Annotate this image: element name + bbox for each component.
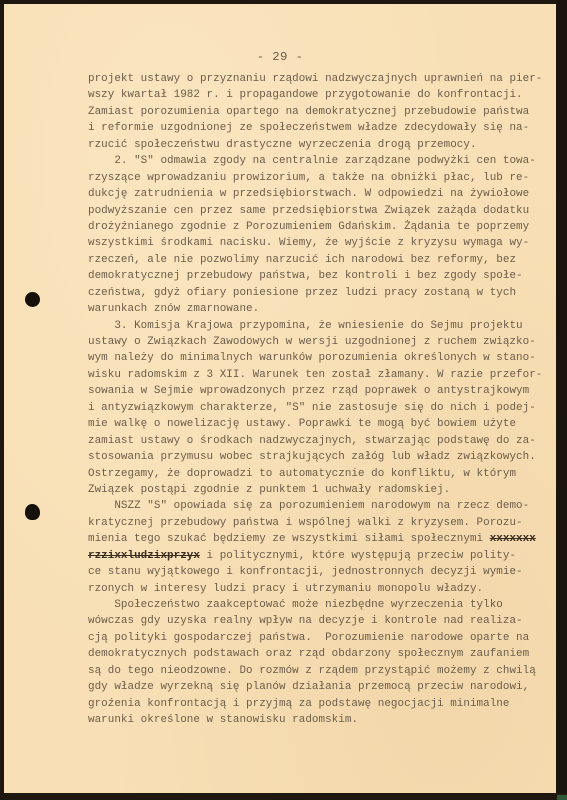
text-line: demokratycznej przebudowy państwa, bez k… [88,268,528,284]
text-line: czeństwa, gdyż ofiary poniesione przez l… [88,285,528,301]
text-fragment: mienia tego szukać będziemy ze wszystkim… [88,533,490,545]
text-line: dukcję zatrudnienia w przedsiębiorstwach… [88,186,528,202]
text-fragment: i politycznymi, które występują przeciw … [200,550,516,562]
text-line: zamiast ustawy o środkach nadzwyczajnych… [88,433,528,449]
text-line: rzyszące wprowadzaniu prowizorium, a tak… [88,170,528,186]
page-number: - 29 - [4,50,556,64]
paragraph-society-start: Społeczeństwo zaakceptować może niezbędn… [88,597,528,613]
paragraph-3-start: 3. Komisja Krajowa przypomina, że wniesi… [88,318,528,334]
punch-hole-bottom [25,504,40,520]
paragraph-nszz-start: NSZZ "S" opowiada się za porozumieniem n… [88,498,528,514]
scan-border-right [557,0,567,800]
text-line: ustawy o Związkach Zawodowych w wersji u… [88,334,528,350]
text-line: wszystkimi środkami nacisku. Wiemy, że w… [88,235,528,251]
struck-out-text: rzzixxludzixprzyx [88,550,200,562]
text-line: i antyzwiązkowym charakterze, "S" nie za… [88,400,528,416]
text-line: sowania w Sejmie wprowadzonych przez rzą… [88,383,528,399]
typewritten-text-body: projekt ustawy o przyznaniu rządowi nadz… [88,71,528,729]
text-line: rzucić społeczeństwu drastyczne wyrzecze… [88,137,528,153]
text-line: rzeczeń, ale nie pozwolimy narzucić ich … [88,252,528,268]
text-line: mie walkę o nowelizację ustawy. Poprawki… [88,416,528,432]
document-page: - 29 - projekt ustawy o przyznaniu rządo… [4,4,556,793]
text-line: warunkach znów zmarnowane. [88,301,528,317]
text-line: podwyższanie cen przez same przedsiębior… [88,203,528,219]
text-line: wówczas gdy uzyska realny wpływ na decyz… [88,613,528,629]
text-line: wszy kwartał 1982 r. i propagandowe przy… [88,87,528,103]
scan-border-bottom [0,793,567,800]
text-line: są do tego nieodzowne. Do rozmów z rząde… [88,663,528,679]
text-line: i reformie uzgodnionej ze społeczeństwem… [88,120,528,136]
text-line: warunki określone w stanowisku radomskim… [88,712,528,728]
text-line: projekt ustawy o przyznaniu rządowi nadz… [88,71,528,87]
text-line: groźenia konfrontacją i przyjmą za podst… [88,696,528,712]
struck-out-text: xxxxxxx [490,533,536,545]
text-line: Związek postąpi zgodnie z punktem 1 uchw… [88,482,528,498]
text-line: drożyźnianego zgodnie z Porozumieniem Gd… [88,219,528,235]
text-line: stosowania przymusu wobec strajkujących … [88,449,528,465]
text-line: demokratycznych podstawach oraz rząd obd… [88,646,528,662]
text-line: rzzixxludzixprzyx i politycznymi, które … [88,548,528,564]
text-line: gdy władze wyrzekną się planów działania… [88,679,528,695]
text-line: ce stanu wyjątkowego i konfrontacji, jed… [88,564,528,580]
text-line: wym należy do minimalnych warunków poroz… [88,350,528,366]
text-line: rzonych w interesy ludzi pracy i utrzyma… [88,581,528,597]
text-line: kratycznej przebudowy państwa i wspólnej… [88,515,528,531]
paragraph-2-start: 2. "S" odmawia zgody na centralnie zarzą… [88,153,528,169]
text-line: Zamiast porozumienia opartego na demokra… [88,104,528,120]
text-line: wisku radomskim z 3 XII. Warunek ten zos… [88,367,528,383]
text-line: cją polityki gospodarczej państwa. Poroz… [88,630,528,646]
text-line: Ostrzegamy, że doprowadzi to automatyczn… [88,466,528,482]
scan-corner-mark [557,795,567,800]
punch-hole-top [25,292,40,307]
text-line: mienia tego szukać będziemy ze wszystkim… [88,531,528,547]
